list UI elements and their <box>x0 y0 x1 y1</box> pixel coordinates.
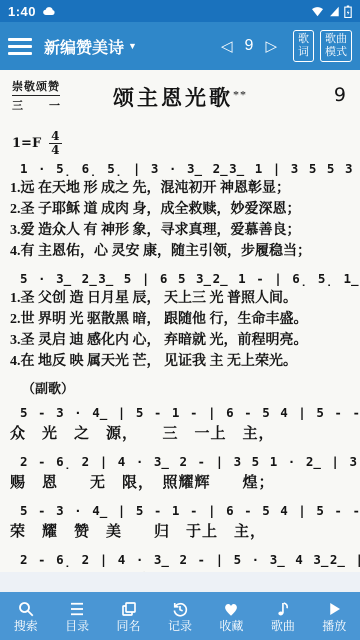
refrain-2-notation: 2 - 6̣ 2 | 4 · 3̲ 2 - | 3 5 1 · 2̲ | 3 -… <box>10 452 350 472</box>
refrain-1-lyric: 众 光 之 源， 三 一上 主， <box>10 423 350 446</box>
music-note-icon <box>274 600 292 618</box>
staff-2: 5 · 3̲ 2̲3̲ 5 | 6 5 3̲2̲ 1 - | 6̣ 5̣ 1̲2… <box>10 270 350 372</box>
play-label: 播放 <box>322 620 346 632</box>
category-sub: 三 一 <box>12 97 60 113</box>
key-signature-row: 1=F 4 4 <box>12 128 350 158</box>
page-navigator: ◁ 9 ▷ <box>221 37 277 55</box>
refrain-row-2: 2 - 6̣ 2 | 4 · 3̲ 2 - | 3 5 1 · 2̲ | 3 -… <box>10 452 350 495</box>
refrain-row-1: 5 - 3 · 4̲ | 5 - 1 - | 6 - 5 4 | 5 - - -… <box>10 403 350 446</box>
catalog-label: 目录 <box>65 620 89 632</box>
search-label: 搜索 <box>14 620 38 632</box>
favorites-label: 收藏 <box>219 620 243 632</box>
same-name-button[interactable]: 同名 <box>103 592 154 640</box>
favorites-button[interactable]: 收藏 <box>206 592 257 640</box>
play-button[interactable]: 播放 <box>309 592 360 640</box>
hymn-sheet[interactable]: 崇敬颂赞 三 一 颂主恩光歌** 9 1=F 4 4 1 · 5̣ 6̣ 5̣ … <box>0 70 360 572</box>
menu-button[interactable] <box>8 38 32 55</box>
app-header: 新编赞美诗 ▼ ◁ 9 ▷ 歌 词 歌曲 模式 <box>0 22 360 70</box>
hymn-title: 颂主恩光歌 <box>113 86 233 110</box>
category-name: 崇敬颂赞 <box>12 78 60 96</box>
hymn-category: 崇敬颂赞 三 一 <box>12 78 60 113</box>
staff-1-verse-1: 1.远 在天地 形 成之 先，混沌初开 神恩彰显； <box>10 178 350 199</box>
song-mode-line2: 模式 <box>325 46 347 59</box>
refrain-label: （副歌） <box>22 378 350 397</box>
refrain-1-notation: 5 - 3 · 4̲ | 5 - 1 - | 6 - 5 4 | 5 - - -… <box>10 403 350 423</box>
staff-1-notation: 1 · 5̣ 6̣ 5̣ | 3 · 3̲ 2̲3̲ 1 | 3 5 5 3 |… <box>10 160 350 178</box>
hymnbook-selector[interactable]: 新编赞美诗 ▼ <box>44 35 137 58</box>
song-label: 歌曲 <box>271 620 295 632</box>
sheet-bottom-margin <box>0 572 360 592</box>
time-signature: 4 4 <box>49 130 61 156</box>
lyrics-button-line1: 歌 <box>298 33 309 46</box>
next-page-button[interactable]: ▷ <box>265 39 277 54</box>
hymnbook-title: 新编赞美诗 <box>44 35 124 58</box>
refrain-3-notation: 5 - 3 · 4̲ | 5 - 1 - | 6 - 5 4 | 5 - - -… <box>10 501 350 521</box>
refrain-4-lyric: 我 众 齐 声 高 歌颂 扬。 （阿 们） <box>10 570 350 572</box>
prev-page-button[interactable]: ◁ <box>221 39 233 54</box>
history-button[interactable]: 记录 <box>154 592 205 640</box>
sheet-header: 崇敬颂赞 三 一 颂主恩光歌** 9 <box>10 76 350 128</box>
category-sub-left: 三 <box>12 97 23 113</box>
meter-denominator: 4 <box>51 144 59 157</box>
song-mode-button[interactable]: 歌曲 模式 <box>320 30 352 62</box>
staff-2-verse-3: 3.圣 灵启 迪 感化内 心， 弃暗就 光，前程明亮。 <box>10 330 350 351</box>
same-name-label: 同名 <box>117 620 141 632</box>
refrain-row-3: 5 - 3 · 4̲ | 5 - 1 - | 6 - 5 4 | 5 - - -… <box>10 501 350 544</box>
heart-icon <box>222 600 240 618</box>
song-button[interactable]: 歌曲 <box>257 592 308 640</box>
history-label: 记录 <box>168 620 192 632</box>
staff-2-notation: 5 · 3̲ 2̲3̲ 5 | 6 5 3̲2̲ 1 - | 6̣ 5̣ 1̲2… <box>10 270 350 288</box>
signal-icon <box>328 6 340 17</box>
wifi-icon <box>311 6 324 17</box>
song-mode-line1: 歌曲 <box>325 33 347 46</box>
meter-numerator: 4 <box>49 130 61 144</box>
app-screen: 1:40 新编赞美诗 ▼ ◁ 9 ▷ 歌 词 歌曲 模式 <box>0 0 360 640</box>
search-button[interactable]: 搜索 <box>0 592 51 640</box>
pages-icon <box>120 600 138 618</box>
staff-2-verse-2: 2.世 界明 光 驱散黑 暗， 跟随他 行，生命丰盛。 <box>10 309 350 330</box>
history-icon <box>171 600 189 618</box>
staff-1: 1 · 5̣ 6̣ 5̣ | 3 · 3̲ 2̲3̲ 1 | 3 5 5 3 |… <box>10 160 350 262</box>
list-icon <box>68 600 86 618</box>
status-bar: 1:40 <box>0 0 360 22</box>
current-page-number: 9 <box>245 37 254 55</box>
title-asterisks: ** <box>233 88 247 102</box>
catalog-button[interactable]: 目录 <box>51 592 102 640</box>
status-right-icons <box>311 5 352 18</box>
refrain-row-4: 2 - 6̣ 2 | 4 · 3̲ 2 - | 5 · 3̲ 4 3̲2̲ | … <box>10 550 350 572</box>
battery-icon <box>344 5 352 18</box>
lyrics-button[interactable]: 歌 词 <box>293 30 314 62</box>
staff-1-verse-3: 3.爱 造众人 有 神形 象，寻求真理，爱慕善良； <box>10 220 350 241</box>
refrain-4-notation: 2 - 6̣ 2 | 4 · 3̲ 2 - | 5 · 3̲ 4 3̲2̲ | … <box>10 550 350 570</box>
category-sub-right: 一 <box>49 97 60 113</box>
staff-2-verse-1: 1.圣 父创 造 日月星 辰， 天上三 光 普照人间。 <box>10 288 350 309</box>
lyrics-button-line2: 词 <box>298 46 309 59</box>
staff-1-verse-2: 2.圣 子耶稣 道 成肉 身，成全救赎，妙爱深恩； <box>10 199 350 220</box>
play-icon <box>325 600 343 618</box>
staff-1-verse-4: 4.有 主恩佑，心 灵安 康，随主引领，步履稳当； <box>10 241 350 262</box>
chevron-down-icon: ▼ <box>128 41 137 51</box>
key-signature: 1=F <box>12 136 41 151</box>
search-icon <box>17 600 35 618</box>
staff-2-verse-4: 4.在 地反 映 属天光 芒， 见证我 主 无上荣光。 <box>10 351 350 372</box>
hymn-number: 9 <box>334 84 346 106</box>
title-row: 颂主恩光歌** <box>10 76 350 112</box>
cloud-icon <box>42 5 56 17</box>
bottom-toolbar: 搜索 目录 同名 记录 收藏 歌曲 播放 <box>0 592 360 640</box>
clock-time: 1:40 <box>8 4 36 19</box>
refrain-3-lyric: 荣 耀 赞 美 归 于上 主， <box>10 521 350 544</box>
refrain-2-lyric: 赐 恩 无 限， 照耀辉 煌； <box>10 472 350 495</box>
